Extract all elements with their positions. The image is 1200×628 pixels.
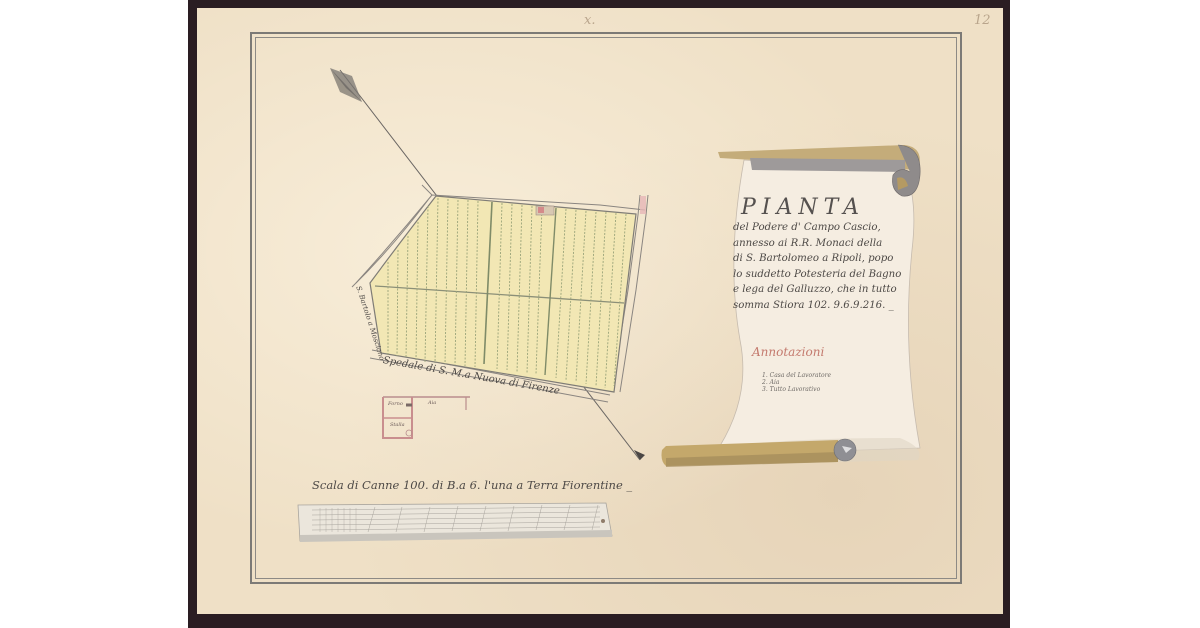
plan-label-aia: Aia xyxy=(428,400,436,406)
annotation-item: 2. Aia xyxy=(762,379,779,386)
annotation-item: 1. Casa del Lavoratore xyxy=(762,372,831,379)
map-drawing xyxy=(0,0,1200,628)
cartouche-line: annesso ai R.R. Monaci della xyxy=(733,236,893,252)
cartouche-line: di S. Bartolomeo a Ripoli, popo xyxy=(733,251,893,267)
cartouche-line: somma Stiora 102. 9.6.9.216. _ xyxy=(733,298,893,314)
scale-bar xyxy=(298,503,612,542)
cartouche-line: lo suddetto Potesteria del Bagno xyxy=(733,267,893,283)
scale-caption: Scala di Canne 100. di B.a 6. l'una a Te… xyxy=(312,478,632,492)
plan-label-stalla: Stalla xyxy=(390,422,405,428)
map-title: PIANTA xyxy=(741,195,893,220)
annotations-heading: Annotazioni xyxy=(752,345,824,359)
plan-label-room: Forno xyxy=(388,401,403,407)
annotation-item: 3. Tutto Lavorativo xyxy=(762,386,820,393)
cartouche-line: e lega del Galluzzo, che in tutto xyxy=(733,282,893,298)
cartouche-text: PIANTA del Podere d' Campo Cascio, annes… xyxy=(733,195,893,313)
cartouche-line: del Podere d' Campo Cascio, xyxy=(733,220,893,236)
